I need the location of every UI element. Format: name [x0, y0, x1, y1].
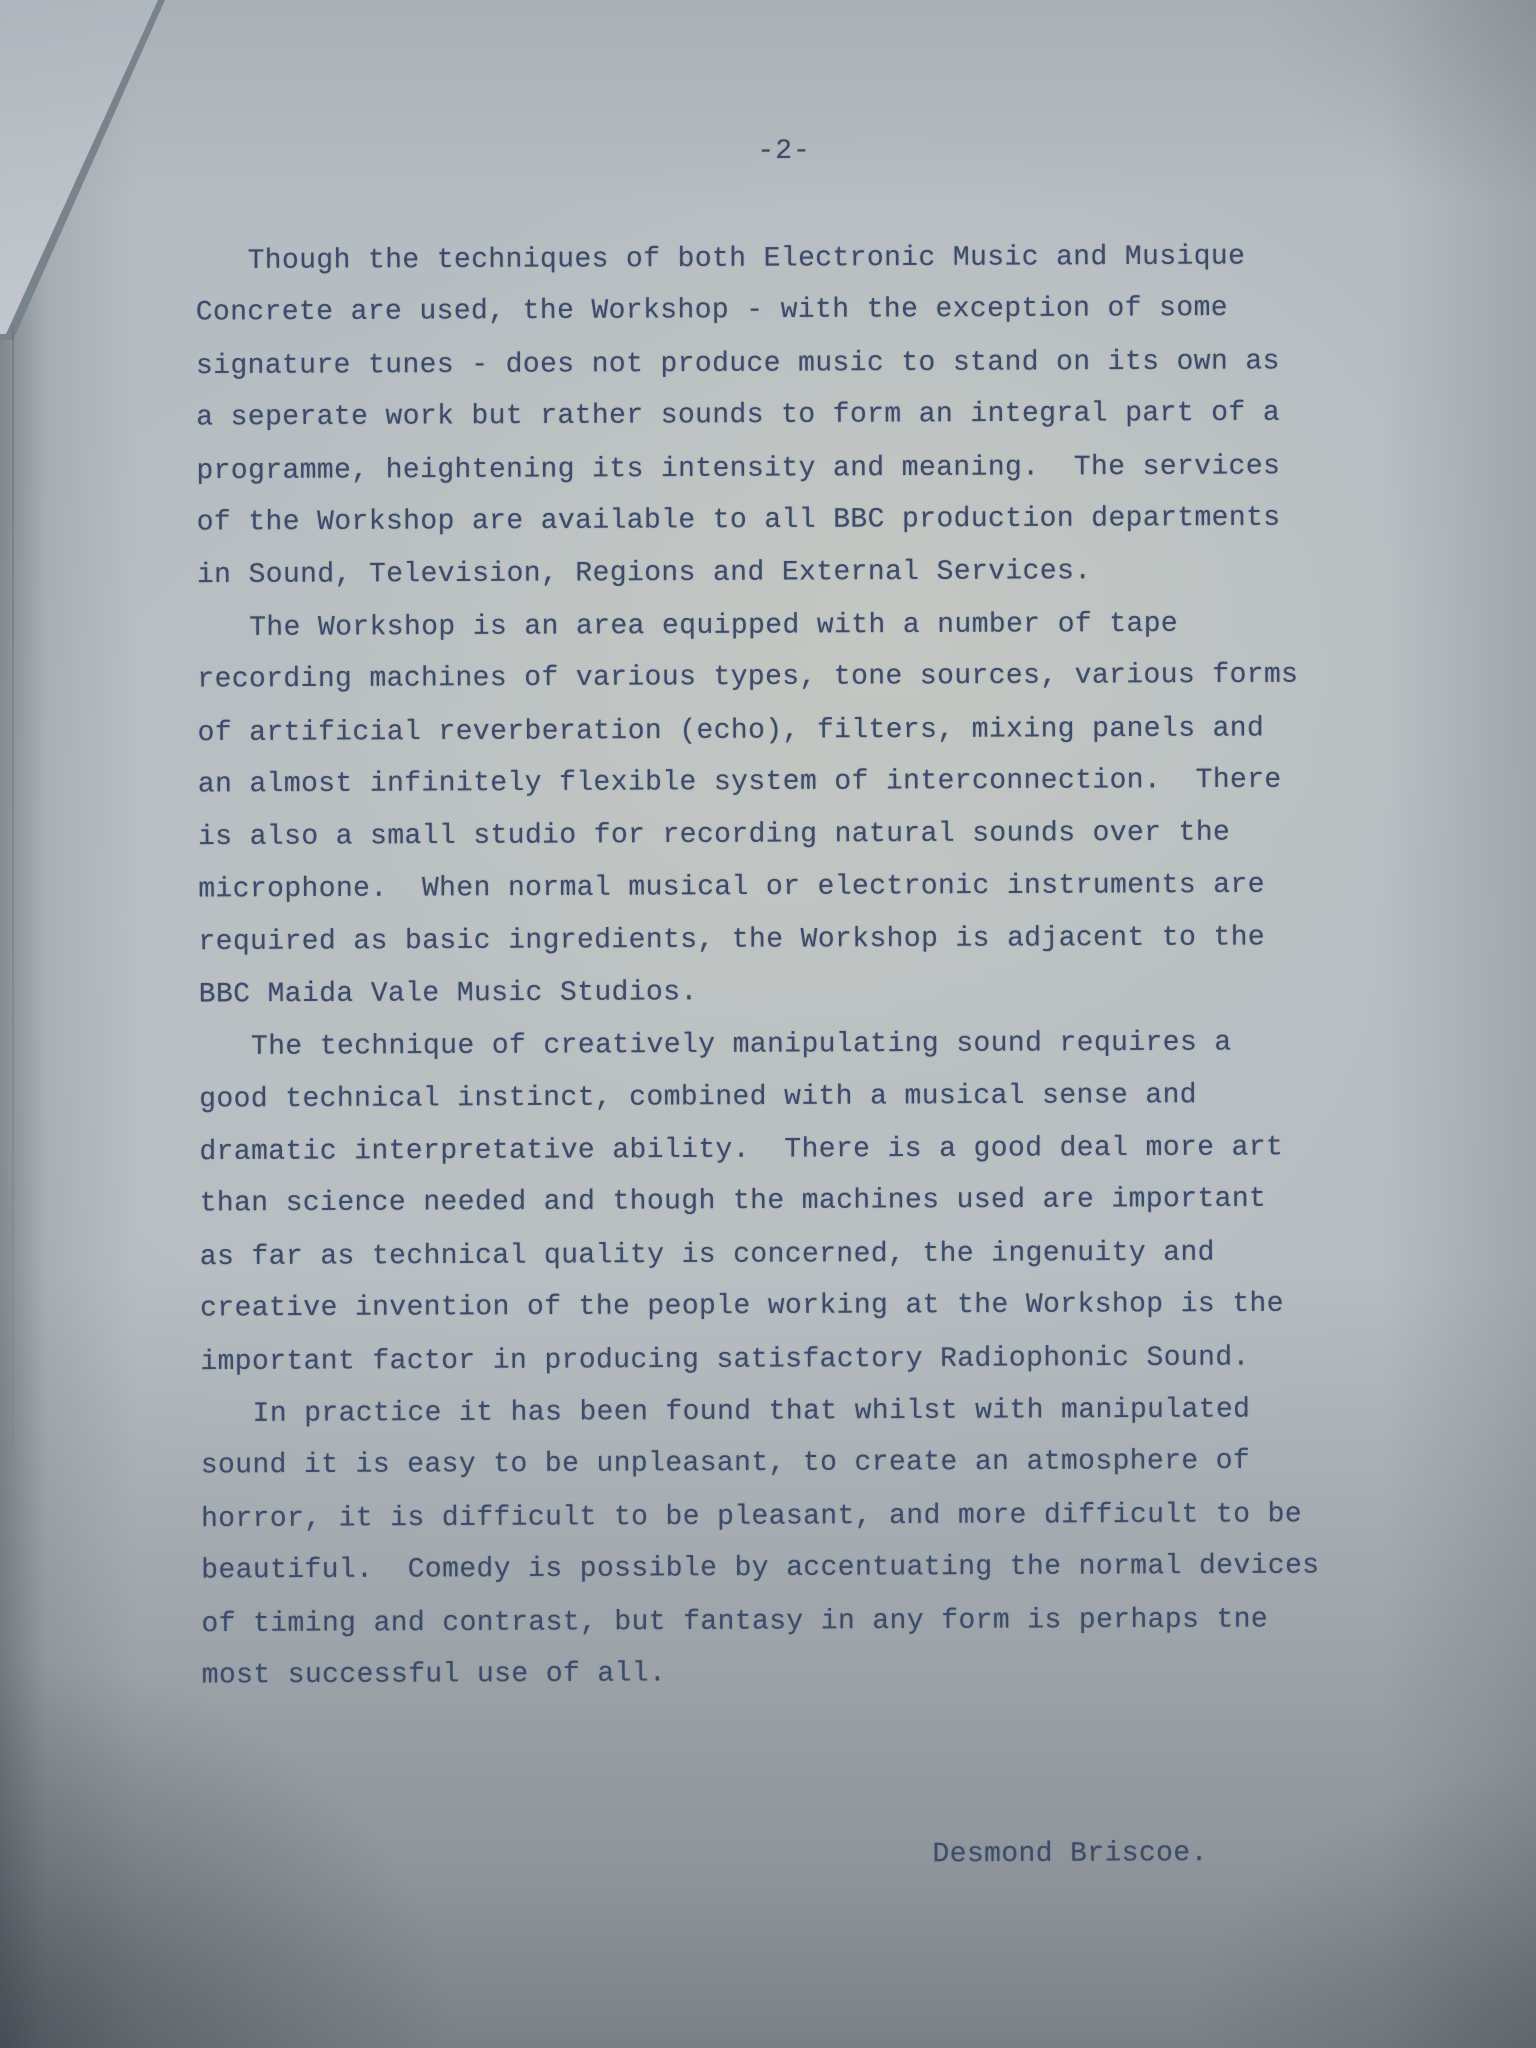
document-body: Though the techniques of both Electronic… [195, 231, 1321, 1703]
typewritten-line: as far as technical quality is concerned… [200, 1227, 1320, 1284]
typewritten-line: In practice it has been found that whils… [200, 1384, 1320, 1441]
typewritten-line: horror, it is difficult to be pleasant, … [201, 1489, 1321, 1546]
typewritten-line: in Sound, Television, Regions and Extern… [197, 546, 1317, 603]
typewritten-line: of artificial reverberation (echo), filt… [198, 703, 1318, 760]
typewritten-line: a seperate work but rather sounds to for… [196, 388, 1316, 445]
typewritten-line: of the Workshop are available to all BBC… [197, 493, 1317, 550]
typewritten-line: Though the techniques of both Electronic… [195, 231, 1315, 288]
page-number: -2- [0, 132, 1536, 170]
typewritten-line: The technique of creatively manipulating… [199, 1017, 1319, 1074]
page-content: -2- Though the techniques of both Electr… [0, 0, 1536, 2048]
paragraph: In practice it has been found that whils… [200, 1384, 1321, 1703]
typewritten-line: is also a small studio for recording nat… [198, 808, 1318, 865]
typewritten-line: sound it is easy to be unpleasant, to cr… [201, 1436, 1321, 1493]
typewritten-page: -2- Though the techniques of both Electr… [0, 0, 1536, 2048]
typewritten-line: of timing and contrast, but fantasy in a… [201, 1594, 1321, 1651]
typewritten-line: than science needed and though the machi… [200, 1174, 1320, 1231]
typewritten-line: creative invention of the people working… [200, 1279, 1320, 1336]
typewritten-line: Concrete are used, the Workshop - with t… [196, 283, 1316, 340]
typewritten-line: good technical instinct, combined with a… [199, 1069, 1319, 1126]
photograph-background: -2- Though the techniques of both Electr… [0, 0, 1536, 2048]
typewritten-line: signature tunes - does not produce music… [196, 336, 1316, 393]
typewritten-line: an almost infinitely flexible system of … [198, 755, 1318, 812]
paragraph: Though the techniques of both Electronic… [195, 231, 1317, 603]
typewritten-line: programme, heightening its intensity and… [196, 441, 1316, 498]
signature: Desmond Briscoe. [932, 1838, 1207, 1870]
typewritten-line: beautiful. Comedy is possible by accentu… [201, 1541, 1321, 1598]
paragraph: The Workshop is an area equipped with a … [197, 597, 1319, 1021]
typewritten-line: recording machines of various types, ton… [197, 650, 1317, 707]
typewritten-line: microphone. When normal musical or elect… [198, 859, 1318, 916]
typewritten-line: The Workshop is an area equipped with a … [197, 598, 1317, 655]
paragraph: The technique of creatively manipulating… [199, 1017, 1321, 1389]
typewritten-line: required as basic ingredients, the Works… [198, 912, 1318, 969]
typewritten-line: most successful use of all. [202, 1646, 1322, 1703]
typewritten-line: important factor in producing satisfacto… [200, 1332, 1320, 1389]
typewritten-line: BBC Maida Vale Music Studios. [199, 964, 1319, 1021]
typewritten-line: dramatic interpretative ability. There i… [199, 1122, 1319, 1179]
